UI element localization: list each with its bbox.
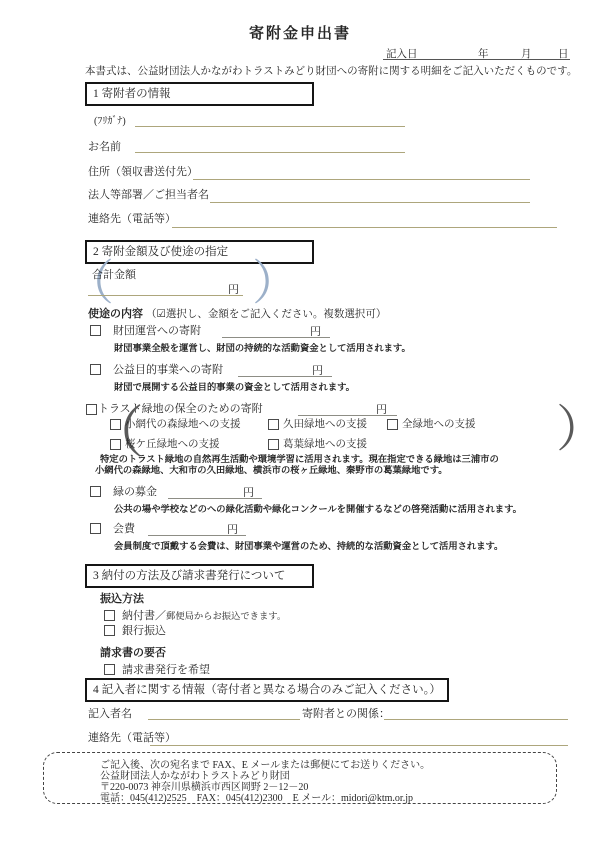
greenspace-option4-label: 桜ケ丘緑地への支援 bbox=[125, 436, 220, 451]
department-label: 法人等部署／ご担当者名 bbox=[88, 186, 209, 202]
furigana-input-line[interactable] bbox=[135, 126, 405, 127]
item2-checkbox[interactable] bbox=[90, 364, 101, 375]
name-label: お名前 bbox=[88, 138, 121, 154]
invoice-request-checkbox[interactable] bbox=[104, 664, 115, 675]
greenspace-option1-checkbox[interactable] bbox=[110, 419, 121, 430]
item4-desc: 公共の場や学校などのへの緑化活動や緑化コンクールを開催するなどの啓発活動に活用さ… bbox=[114, 501, 522, 515]
total-bracket-right: ） bbox=[252, 260, 300, 308]
name-input-line[interactable] bbox=[135, 152, 405, 153]
transfer-method-title: 振込方法 bbox=[100, 590, 144, 606]
page-title: 寄附金申出書 bbox=[0, 22, 600, 43]
payment-slip-label-main: 納付書／ bbox=[122, 610, 166, 622]
writer-relation-label: 寄附者との関係： bbox=[302, 705, 390, 721]
item1-desc: 財団事業全般を運営し、財団の持続的な活動資金として活用されます。 bbox=[114, 340, 411, 354]
section4-header: 4 記入者に関する情報（寄付者と異なる場合のみご記入ください。） bbox=[85, 678, 449, 702]
item3-desc-line2: 小網代の森緑地、大和市の久田緑地、横浜市の桜ヶ丘緑地、秦野市の葛葉緑地です。 bbox=[95, 462, 448, 476]
intro-text: 本書式は、公益財団法人かながわトラストみどり財団への寄附に関する明細をご記入いた… bbox=[85, 63, 577, 78]
item1-checkbox[interactable] bbox=[90, 325, 101, 336]
total-amount-input-line[interactable] bbox=[88, 295, 243, 296]
greenspace-option3-label: 全緑地への支援 bbox=[402, 416, 476, 431]
writer-contact-label: 連絡先（電話等） bbox=[88, 729, 176, 745]
greenspace-option2-checkbox[interactable] bbox=[268, 419, 279, 430]
greenspace-bracket-right: ） bbox=[556, 404, 600, 454]
address-input-line[interactable] bbox=[193, 179, 530, 180]
donation-form-page: 寄附金申出書 記入日 年 月 日 本書式は、公益財団法人かながわトラストみどり財… bbox=[0, 0, 600, 849]
item5-checkbox[interactable] bbox=[90, 523, 101, 534]
section3-header: 3 納付の方法及び請求書発行について bbox=[85, 564, 314, 588]
item4-amount-input-line[interactable] bbox=[168, 498, 262, 499]
address-label: 住所（領収書送付先） bbox=[88, 163, 198, 179]
item1-amount-input-line[interactable] bbox=[222, 337, 330, 338]
writer-relation-input-line[interactable] bbox=[384, 719, 568, 720]
payment-slip-label: 納付書／郵便局からお振込できます。 bbox=[122, 607, 286, 623]
writer-name-input-line[interactable] bbox=[148, 719, 300, 720]
greenspace-option5-label: 葛葉緑地への支援 bbox=[283, 436, 367, 451]
payment-slip-label-note: 郵便局からお振込できます。 bbox=[166, 612, 286, 622]
greenspace-option4-checkbox[interactable] bbox=[110, 439, 121, 450]
greenspace-option2-label: 久田緑地への支援 bbox=[283, 416, 367, 431]
greenspace-option1-label: 小網代の森緑地への支援 bbox=[125, 416, 241, 431]
total-amount-label: 合計金額 bbox=[92, 266, 136, 282]
item2-label: 公益目的事業への寄附 bbox=[113, 361, 223, 377]
writer-contact-input-line[interactable] bbox=[150, 745, 568, 746]
item2-amount-input-line[interactable] bbox=[238, 376, 332, 377]
footer-line4: 電話：045(412)2525 FAX：045(412)2300 E メール：m… bbox=[100, 789, 413, 804]
bank-transfer-label: 銀行振込 bbox=[122, 622, 166, 638]
item5-label: 会費 bbox=[113, 520, 135, 536]
item4-label: 緑の募金 bbox=[113, 483, 157, 499]
greenspace-option5-checkbox[interactable] bbox=[268, 439, 279, 450]
donor-contact-input-line[interactable] bbox=[172, 227, 557, 228]
item5-desc: 会員制度で頂戴する会費は、財団事業や運営のため、持続的な活動資金として活用されま… bbox=[114, 538, 503, 552]
usage-title: 使途の内容 bbox=[88, 305, 143, 321]
item2-desc: 財団で展開する公益目的事業の資金として活用されます。 bbox=[114, 379, 355, 393]
payment-slip-checkbox[interactable] bbox=[104, 610, 115, 621]
usage-note: （☑選択し、金額をご記入ください。複数選択可） bbox=[146, 306, 386, 321]
item5-amount-input-line[interactable] bbox=[148, 535, 246, 536]
department-input-line[interactable] bbox=[210, 202, 530, 203]
item4-checkbox[interactable] bbox=[90, 486, 101, 497]
section1-header: 1 寄附者の情報 bbox=[85, 82, 314, 106]
bank-transfer-checkbox[interactable] bbox=[104, 625, 115, 636]
item1-label: 財団運営への寄附 bbox=[113, 322, 201, 338]
invoice-title: 請求書の要否 bbox=[100, 644, 166, 660]
date-input-line[interactable] bbox=[383, 59, 570, 60]
writer-name-label: 記入者名 bbox=[88, 705, 132, 721]
invoice-request-label: 請求書発行を希望 bbox=[122, 661, 210, 677]
furigana-label: (ﾌﾘｶﾞﾅ) bbox=[94, 112, 126, 127]
donor-contact-label: 連絡先（電話等） bbox=[88, 210, 176, 226]
greenspace-option3-checkbox[interactable] bbox=[387, 419, 398, 430]
